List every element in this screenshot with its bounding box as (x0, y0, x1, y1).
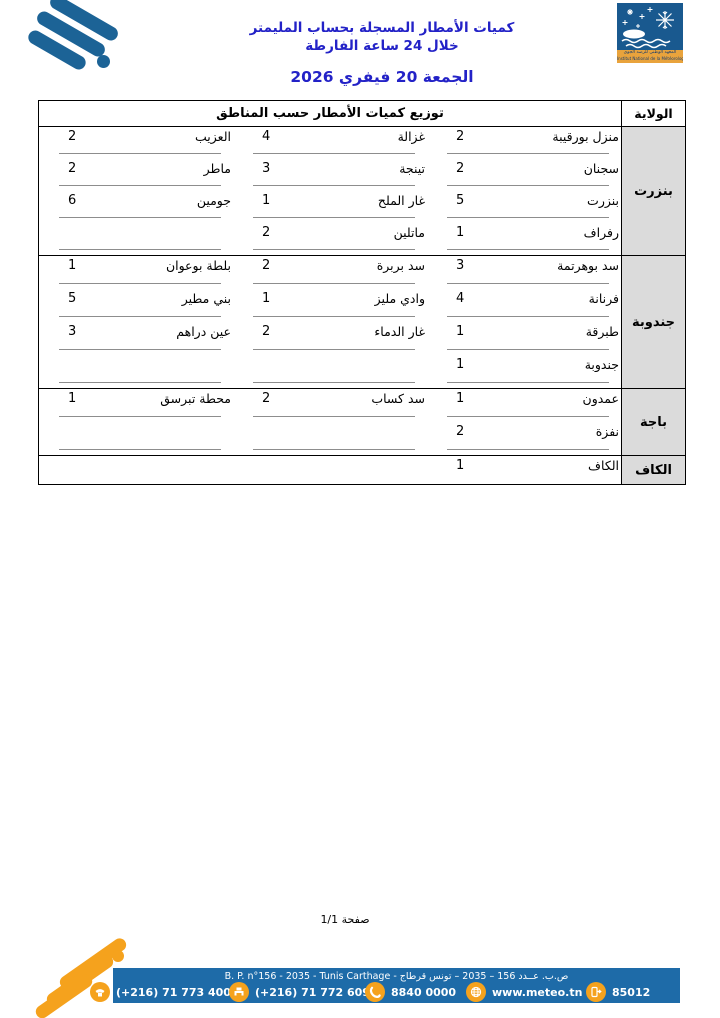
rainfall-value: 5 (39, 292, 105, 306)
swoosh-dot (112, 950, 124, 962)
station-name: بلطة بوعوان (105, 259, 233, 273)
station-name: غار الدماء (299, 325, 427, 339)
station-cell: سد بربرة2 (233, 259, 427, 289)
document-page: كميات الأمطار المسجلة بحساب المليمتر خلا… (0, 0, 720, 1018)
rainfall-value: 4 (233, 130, 299, 144)
station-name: منزل بورقيبة (493, 130, 621, 144)
station-name: تينجة (299, 162, 427, 176)
rainfall-value: 1 (39, 259, 105, 273)
station-name: سد بوهرتمة (493, 259, 621, 273)
rainfall-value: 1 (427, 459, 493, 473)
table-row: فرنانة4وادي مليز1بني مطير5 (39, 289, 621, 322)
rainfall-value: 1 (427, 226, 493, 240)
station-cell: رفراف1 (427, 226, 621, 255)
emblem-org-name-fr: Institut National de la Météorologie (617, 56, 683, 61)
contact-item: 8840 0000 (365, 982, 456, 1002)
station-name: بنزرت (493, 194, 621, 208)
station-name: ماطر (105, 162, 233, 176)
table-body: بنزرتمنزل بورقيبة2غزالة4العزيب2سجنان2تين… (39, 127, 685, 484)
station-cell: سجنان2 (427, 162, 621, 191)
swoosh-stripe (33, 972, 95, 1018)
table-row: سد بوهرتمة3سد بربرة2بلطة بوعوان1 (39, 256, 621, 289)
station-cell: تينجة3 (233, 162, 427, 191)
phone-icon (90, 982, 110, 1002)
contact-item: (+216) 71 772 609 (229, 982, 370, 1002)
station-cell: الكاف1 (427, 459, 621, 484)
contact-text: (+216) 71 772 609 (255, 986, 370, 999)
station-name: عين دراهم (105, 325, 233, 339)
station-cell: عين دراهم3 (39, 325, 233, 355)
contact-text: 8840 0000 (391, 986, 456, 999)
station-cell: بني مطير5 (39, 292, 233, 322)
rainfall-value: 2 (233, 392, 299, 406)
station-name: بني مطير (105, 292, 233, 306)
footer-address: B. P. n°156 - 2035 - Tunis Carthage - ص.… (113, 971, 680, 982)
station-name: سجنان (493, 162, 621, 176)
rainfall-table: الولاية توزيع كميات الأمطار حسب المناطق … (38, 100, 686, 485)
page-number-label: صفحة 1/1 (0, 913, 690, 926)
station-cell: سد كساب2 (233, 392, 427, 422)
station-name: ماتلين (299, 226, 427, 240)
rainfall-value: 5 (427, 194, 493, 208)
group-rows: منزل بورقيبة2غزالة4العزيب2سجنان2تينجة3ما… (39, 127, 621, 255)
station-cell: غزالة4 (233, 130, 427, 159)
station-cell (233, 358, 427, 388)
rainfall-value: 2 (427, 162, 493, 176)
station-cell: بلطة بوعوان1 (39, 259, 233, 289)
station-cell: سد بوهرتمة3 (427, 259, 621, 289)
station-cell: جندوبة1 (427, 358, 621, 388)
station-name: رفراف (493, 226, 621, 240)
rainfall-value: 2 (233, 259, 299, 273)
station-cell: بنزرت5 (427, 194, 621, 223)
station-cell: غار الملح1 (233, 194, 427, 223)
inm-emblem-logo: المعهد الوطني للرصد الجوي Institut Natio… (617, 3, 683, 63)
station-name: نفزة (493, 425, 621, 439)
rainfall-value: 1 (233, 194, 299, 208)
table-row: بنزرت5غار الملح1جومين6 (39, 191, 621, 223)
rainfall-value: 4 (427, 292, 493, 306)
group-rows: الكاف1 (39, 456, 621, 484)
table-row: نفزة2 (39, 422, 621, 455)
rainfall-value: 1 (39, 392, 105, 406)
station-name: محطة تبرسق (105, 392, 233, 406)
station-cell: ماطر2 (39, 162, 233, 191)
rainfall-value: 2 (233, 226, 299, 240)
station-name: وادي مليز (299, 292, 427, 306)
emblem-name-strip: المعهد الوطني للرصد الجوي Institut Natio… (617, 50, 683, 63)
rainfall-value: 6 (39, 194, 105, 208)
station-name: فرنانة (493, 292, 621, 306)
rainfall-value: 1 (233, 292, 299, 306)
wilaya-cell: جندوبة (621, 256, 685, 388)
table-title-header: توزيع كميات الأمطار حسب المناطق (39, 101, 621, 126)
station-name: الكاف (493, 459, 621, 473)
station-cell (233, 425, 427, 455)
station-name: غار الملح (299, 194, 427, 208)
station-name: عمدون (493, 392, 621, 406)
rainfall-value: 2 (39, 130, 105, 144)
report-date: الجمعة 20 فيفري 2026 (44, 68, 720, 86)
station-cell (39, 226, 233, 255)
station-cell: ماتلين2 (233, 226, 427, 255)
station-cell: جومين6 (39, 194, 233, 223)
table-row: رفراف1ماتلين2 (39, 223, 621, 255)
emblem-graphic-icon (617, 3, 683, 50)
contact-text: www.meteo.tn (492, 986, 582, 999)
table-row: الكاف1 (39, 456, 621, 484)
station-name: طبرقة (493, 325, 621, 339)
station-cell (39, 358, 233, 388)
table-row: سجنان2تينجة3ماطر2 (39, 159, 621, 191)
table-row: عمدون1سد كساب2محطة تبرسق1 (39, 389, 621, 422)
contact-item: 85012 (586, 982, 650, 1002)
group-rows: عمدون1سد كساب2محطة تبرسق1نفزة2 (39, 389, 621, 455)
wilaya-cell: بنزرت (621, 127, 685, 255)
station-name: سد كساب (299, 392, 427, 406)
station-name: جندوبة (493, 358, 621, 372)
station-name: غزالة (299, 130, 427, 144)
globe-icon (466, 982, 486, 1002)
wilaya-group: جندوبةسد بوهرتمة3سد بربرة2بلطة بوعوان1فر… (39, 256, 685, 389)
wilaya-cell: باجة (621, 389, 685, 455)
handset-icon (365, 982, 385, 1002)
station-name: جومين (105, 194, 233, 208)
rainfall-value: 3 (233, 162, 299, 176)
rainfall-value: 1 (427, 358, 493, 372)
station-cell: نفزة2 (427, 425, 621, 455)
station-cell: عمدون1 (427, 392, 621, 422)
rainfall-value: 1 (427, 392, 493, 406)
station-cell: وادي مليز1 (233, 292, 427, 322)
station-cell: غار الدماء2 (233, 325, 427, 355)
wilaya-group: الكافالكاف1 (39, 456, 685, 484)
contact-text: 85012 (612, 986, 650, 999)
wilaya-group: باجةعمدون1سد كساب2محطة تبرسق1نفزة2 (39, 389, 685, 456)
rainfall-value: 3 (427, 259, 493, 273)
rainfall-value: 2 (233, 325, 299, 339)
station-cell (39, 425, 233, 455)
station-cell: فرنانة4 (427, 292, 621, 322)
contact-item: www.meteo.tn (466, 982, 582, 1002)
wilaya-cell: الكاف (621, 456, 685, 484)
rainfall-value: 3 (39, 325, 105, 339)
wilaya-group: بنزرتمنزل بورقيبة2غزالة4العزيب2سجنان2تين… (39, 127, 685, 256)
rainfall-value: 2 (427, 130, 493, 144)
station-name: العزيب (105, 130, 233, 144)
fax-icon (229, 982, 249, 1002)
table-row: جندوبة1 (39, 355, 621, 388)
wilaya-column-header: الولاية (621, 101, 685, 126)
table-row: منزل بورقيبة2غزالة4العزيب2 (39, 127, 621, 159)
rainfall-value: 2 (427, 425, 493, 439)
station-cell: منزل بورقيبة2 (427, 130, 621, 159)
station-cell: محطة تبرسق1 (39, 392, 233, 422)
station-name: سد بربرة (299, 259, 427, 273)
station-cell (39, 459, 233, 484)
station-cell: العزيب2 (39, 130, 233, 159)
station-cell (233, 459, 427, 484)
contact-text: (+216) 71 773 400 (116, 986, 231, 999)
rainfall-value: 2 (39, 162, 105, 176)
table-row: طبرقة1غار الدماء2عين دراهم3 (39, 322, 621, 355)
table-header-row: الولاية توزيع كميات الأمطار حسب المناطق (39, 101, 685, 127)
group-rows: سد بوهرتمة3سد بربرة2بلطة بوعوان1فرنانة4و… (39, 256, 621, 388)
station-cell: طبرقة1 (427, 325, 621, 355)
rainfall-value: 1 (427, 325, 493, 339)
contact-item: (+216) 71 773 400 (90, 982, 231, 1002)
sms-icon (586, 982, 606, 1002)
